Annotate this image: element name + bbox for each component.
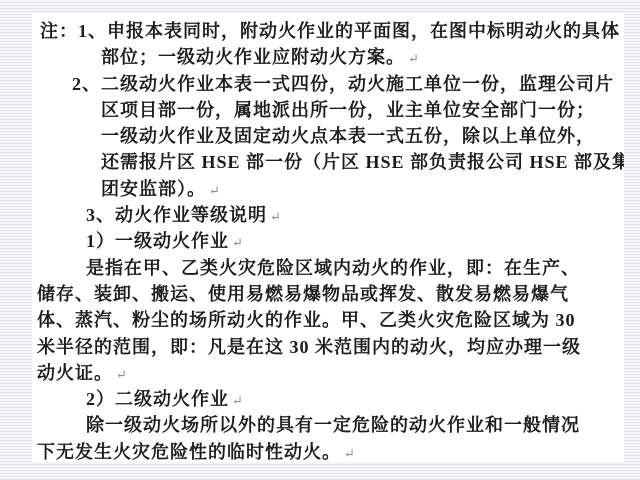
text-line-content: 储存、装卸、搬运、使用易燃易爆物品或挥发、散发易燃易爆气 bbox=[37, 284, 569, 304]
text-line-content: 2）二级动火作业 bbox=[86, 389, 229, 409]
text-line-content: 除一级动火场所以外的具有一定危险的动火作业和一般情况 bbox=[86, 415, 580, 435]
paragraph-return-mark: ↵ bbox=[270, 209, 281, 224]
text-line: 是指在甲、乙类火灾危险区域内动火的作业，即：在生产、 bbox=[32, 255, 624, 281]
text-line: 3、动火作业等级说明↵ bbox=[32, 202, 624, 228]
text-line-content: 3、动火作业等级说明 bbox=[86, 205, 267, 225]
text-line: 部位；一级动火作业应附动火方案。↵ bbox=[32, 44, 624, 70]
paragraph-return-mark: ↵ bbox=[116, 367, 127, 382]
text-line: 米半径的范围，即：凡是在这 30 米范围内的动火，均应办理一级 bbox=[32, 334, 624, 360]
text-line-content: 下无发生火灾危险性的临时性动火。 bbox=[37, 442, 341, 462]
text-line-content: 米半径的范围，即：凡是在这 30 米范围内的动火，均应办理一级 bbox=[37, 337, 581, 357]
text-line: 注：1、申报本表同时，附动火作业的平面图，在图中标明动火的具体 bbox=[32, 18, 624, 44]
notes-text-area: 注：1、申报本表同时，附动火作业的平面图，在图中标明动火的具体部位；一级动火作业… bbox=[32, 14, 624, 462]
paragraph-return-mark: ↵ bbox=[209, 183, 220, 198]
text-line: 一级动火作业及固定动火点本表一式五份，除以上单位外， bbox=[32, 123, 624, 149]
paragraph-return-mark: ↵ bbox=[232, 235, 243, 250]
text-line: 储存、装卸、搬运、使用易燃易爆物品或挥发、散发易燃易爆气 bbox=[32, 281, 624, 307]
text-line-content: 是指在甲、乙类火灾危险区域内动火的作业，即：在生产、 bbox=[86, 258, 580, 278]
text-line-content: 部位；一级动火作业应附动火方案。 bbox=[101, 47, 405, 67]
text-line-content: 注：1、申报本表同时，附动火作业的平面图，在图中标明动火的具体 bbox=[40, 21, 620, 41]
text-line: 区项目部一份，属地派出所一份，业主单位安全部门一份； bbox=[32, 97, 624, 123]
text-line: 团安监部）。↵ bbox=[32, 176, 624, 202]
text-line: 2、二级动火作业本表一式四份，动火施工单位一份，监理公司片 bbox=[32, 71, 624, 97]
text-line-content: 一级动火作业及固定动火点本表一式五份，除以上单位外， bbox=[101, 126, 595, 146]
text-line: 1）一级动火作业↵ bbox=[32, 228, 624, 254]
paragraph-return-mark: ↵ bbox=[344, 446, 355, 461]
text-line: 下无发生火灾危险性的临时性动火。↵ bbox=[32, 439, 624, 462]
text-line: 2）二级动火作业↵ bbox=[32, 386, 624, 412]
text-line: 还需报片区 HSE 部一份（片区 HSE 部负责报公司 HSE 部及集 bbox=[32, 149, 624, 175]
text-line-content: 团安监部）。 bbox=[101, 179, 206, 199]
text-line: 体、蒸汽、粉尘的场所动火的作业。甲、乙类火灾危险区域为 30 bbox=[32, 307, 624, 333]
text-line-content: 区项目部一份，属地派出所一份，业主单位安全部门一份； bbox=[101, 100, 595, 120]
text-line-content: 动火证。 bbox=[37, 363, 113, 383]
text-line: 除一级动火场所以外的具有一定危险的动火作业和一般情况 bbox=[32, 412, 624, 438]
text-line-content: 还需报片区 HSE 部一份（片区 HSE 部负责报公司 HSE 部及集 bbox=[101, 152, 624, 172]
paragraph-return-mark: ↵ bbox=[232, 393, 243, 408]
slide-background: 注：1、申报本表同时，附动火作业的平面图，在图中标明动火的具体部位；一级动火作业… bbox=[0, 0, 640, 480]
paragraph-return-mark: ↵ bbox=[408, 51, 419, 66]
text-line-content: 体、蒸汽、粉尘的场所动火的作业。甲、乙类火灾危险区域为 30 bbox=[37, 310, 576, 330]
text-line-content: 1）一级动火作业 bbox=[86, 231, 229, 251]
text-line: 动火证。↵ bbox=[32, 360, 624, 386]
text-line-content: 2、二级动火作业本表一式四份，动火施工单位一份，监理公司片 bbox=[72, 74, 614, 94]
